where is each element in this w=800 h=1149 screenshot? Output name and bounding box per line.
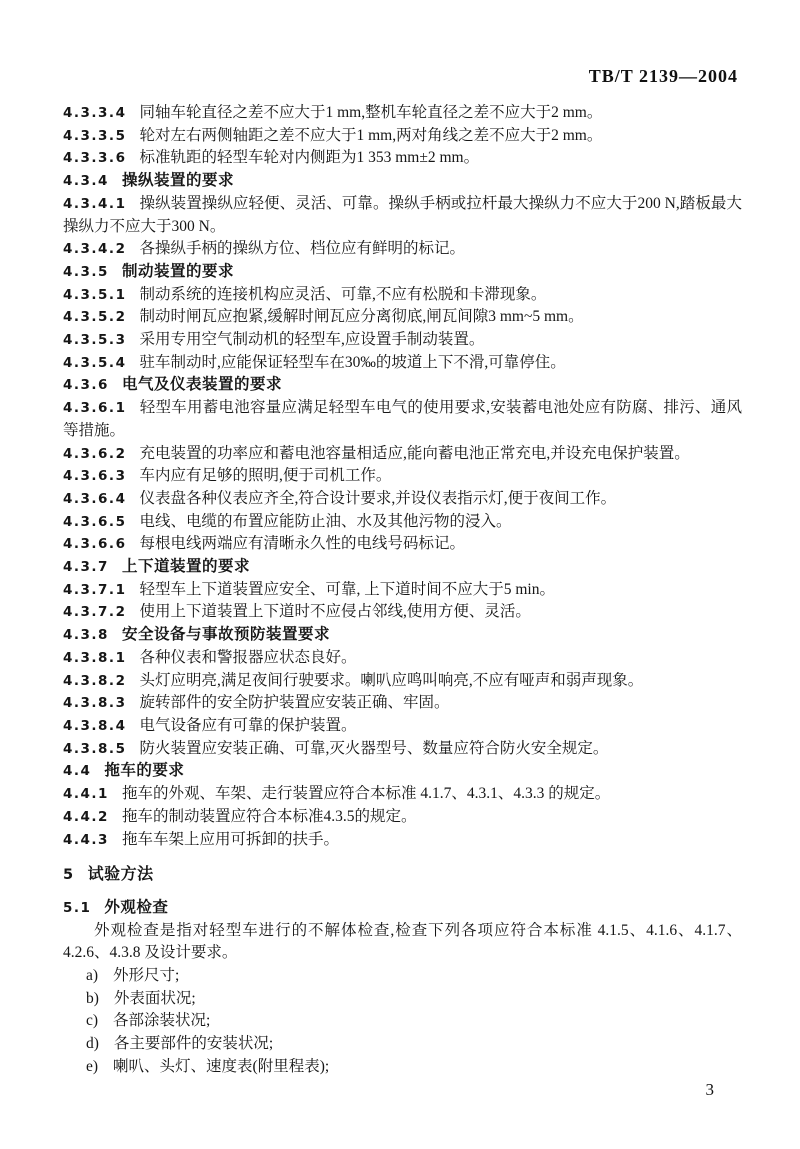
clause-number: 4.3.4 [63, 173, 109, 189]
clause-text: 各主要部件的安装状况; [114, 1035, 273, 1052]
list-marker: d) [86, 1035, 99, 1052]
clause-number: 4.3.4.2 [63, 241, 126, 257]
clause-number: 4.3.6.4 [63, 491, 126, 507]
clause-text: 操纵装置的要求 [122, 172, 234, 189]
clause-text: 外形尺寸; [113, 967, 179, 984]
clause-number: 4.3.5 [63, 264, 109, 280]
clause-paragraph: 4.3.5.1制动系统的连接机构应灵活、可靠,不应有松脱和卡滞现象。 [63, 284, 742, 307]
clause-text: 制动系统的连接机构应灵活、可靠,不应有松脱和卡滞现象。 [139, 286, 546, 303]
section-heading: 4.3.8安全设备与事故预防装置要求 [63, 624, 742, 647]
section-heading: 4.4拖车的要求 [63, 760, 742, 783]
clause-number: 4.3.3.4 [63, 105, 126, 121]
clause-text: 电气设备应有可靠的保护装置。 [139, 717, 356, 734]
clause-paragraph: 4.3.8.4电气设备应有可靠的保护装置。 [63, 715, 742, 738]
list-item: d)各主要部件的安装状况; [63, 1033, 742, 1056]
clause-number: 4.3.4.1 [63, 196, 126, 212]
clause-paragraph: 4.3.5.3采用专用空气制动机的轻型车,应设置手制动装置。 [63, 329, 742, 352]
clause-number: 4.3.7.1 [63, 582, 126, 598]
clause-text: 轻型车上下道装置应安全、可靠, 上下道时间不应大于5 min。 [139, 581, 555, 598]
clause-number: 4.3.8.3 [63, 695, 126, 711]
clause-number: 4.3.6.1 [63, 400, 126, 416]
clause-paragraph: 4.3.8.3旋转部件的安全防护装置应安装正确、牢固。 [63, 692, 742, 715]
clause-number: 4.3.8.1 [63, 650, 126, 666]
standard-number-header: TB/T 2139—2004 [589, 66, 738, 87]
clause-text: 外观检查是指对轻型车进行的不解体检查,检查下列各项应符合本标准 4.1.5、4.… [63, 922, 742, 962]
clause-text: 轻型车用蓄电池容量应满足轻型车电气的使用要求,安装蓄电池处应有防腐、排污、通风等… [63, 399, 742, 439]
clause-text: 试验方法 [88, 866, 154, 883]
clause-number: 4.3.3.6 [63, 150, 126, 166]
clause-text: 头灯应明亮,满足夜间行驶要求。喇叭应鸣叫响亮,不应有哑声和弱声现象。 [139, 672, 643, 689]
clause-paragraph: 4.3.3.5轮对左右两侧轴距之差不应大于1 mm,两对角线之差不应大于2 mm… [63, 125, 742, 148]
clause-number: 4.3.8 [63, 627, 109, 643]
section-heading: 4.3.6电气及仪表装置的要求 [63, 374, 742, 397]
clause-number: 4.3.6.6 [63, 536, 126, 552]
clause-text: 各种仪表和警报器应状态良好。 [139, 649, 356, 666]
list-marker: c) [86, 1012, 98, 1029]
clause-text: 外表面状况; [114, 990, 196, 1007]
clause-paragraph: 4.3.6.1轻型车用蓄电池容量应满足轻型车电气的使用要求,安装蓄电池处应有防腐… [63, 397, 742, 442]
clause-text: 拖车的制动装置应符合本标准4.3.5的规定。 [122, 808, 417, 825]
section-heading: 5.1外观检查 [63, 897, 742, 920]
clause-paragraph: 4.3.6.2充电装置的功率应和蓄电池容量相适应,能向蓄电池正常充电,并设充电保… [63, 443, 742, 466]
clause-text: 外观检查 [104, 899, 168, 916]
clause-paragraph: 4.3.6.6每根电线两端应有清晰永久性的电线号码标记。 [63, 533, 742, 556]
clause-text: 标准轨距的轻型车轮对内侧距为1 353 mm±2 mm。 [139, 149, 479, 166]
page-number: 3 [706, 1080, 715, 1100]
section-heading: 5试验方法 [63, 864, 742, 887]
clause-number: 4.3.6.5 [63, 514, 126, 530]
clause-text: 各操纵手柄的操纵方位、档位应有鲜明的标记。 [139, 240, 465, 257]
clause-number: 4.3.8.4 [63, 718, 126, 734]
clause-paragraph: 4.3.4.1操纵装置操纵应轻便、灵活、可靠。操纵手柄或拉杆最大操纵力不应大于2… [63, 193, 742, 238]
clause-paragraph: 4.3.8.1各种仪表和警报器应状态良好。 [63, 647, 742, 670]
clause-text: 旋转部件的安全防护装置应安装正确、牢固。 [139, 694, 449, 711]
clause-paragraph: 4.4.3拖车车架上应用可拆卸的扶手。 [63, 829, 742, 852]
clause-number: 4.3.6.2 [63, 446, 126, 462]
list-item: b)外表面状况; [63, 988, 742, 1011]
body-paragraph: 外观检查是指对轻型车进行的不解体检查,检查下列各项应符合本标准 4.1.5、4.… [63, 920, 742, 965]
list-item: a)外形尺寸; [63, 965, 742, 988]
clause-text: 电气及仪表装置的要求 [122, 376, 282, 393]
clause-text: 制动时闸瓦应抱紧,缓解时闸瓦应分离彻底,闸瓦间隙3 mm~5 mm。 [139, 308, 583, 325]
document-page: TB/T 2139—2004 4.3.3.4同轴车轮直径之差不应大于1 mm,整… [0, 0, 800, 1149]
clause-number: 4.3.8.5 [63, 741, 126, 757]
list-marker: a) [86, 967, 98, 984]
clause-number: 4.3.5.4 [63, 355, 126, 371]
list-item: c)各部涂装状况; [63, 1010, 742, 1033]
section-heading: 4.3.7上下道装置的要求 [63, 556, 742, 579]
clause-paragraph: 4.3.8.2头灯应明亮,满足夜间行驶要求。喇叭应鸣叫响亮,不应有哑声和弱声现象… [63, 670, 742, 693]
section-heading: 4.3.4操纵装置的要求 [63, 170, 742, 193]
clause-text: 每根电线两端应有清晰永久性的电线号码标记。 [139, 535, 465, 552]
clause-text: 电线、电缆的布置应能防止油、水及其他污物的浸入。 [139, 513, 511, 530]
clause-number: 4.4.3 [63, 832, 109, 848]
clause-number: 5.1 [63, 900, 91, 916]
clause-number: 4.3.8.2 [63, 673, 126, 689]
clause-number: 4.3.7.2 [63, 604, 126, 620]
clause-number: 4.4.1 [63, 786, 109, 802]
clause-text: 安全设备与事故预防装置要求 [122, 626, 330, 643]
clause-number: 4.3.5.1 [63, 287, 126, 303]
clause-text: 上下道装置的要求 [122, 558, 250, 575]
clause-number: 4.3.5.3 [63, 332, 126, 348]
list-marker: e) [86, 1058, 98, 1075]
clause-text: 制动装置的要求 [122, 263, 234, 280]
clause-paragraph: 4.3.5.4驻车制动时,应能保证轻型车在30‰的坡道上下不滑,可靠停住。 [63, 352, 742, 375]
list-marker: b) [86, 990, 99, 1007]
clause-text: 各部涂装状况; [113, 1012, 210, 1029]
clause-text: 仪表盘各种仪表应齐全,符合设计要求,并设仪表指示灯,便于夜间工作。 [139, 490, 616, 507]
clause-text: 拖车的要求 [104, 762, 184, 779]
section-heading: 4.3.5制动装置的要求 [63, 261, 742, 284]
document-body: 4.3.3.4同轴车轮直径之差不应大于1 mm,整机车轮直径之差不应大于2 mm… [63, 102, 742, 1079]
clause-text: 充电装置的功率应和蓄电池容量相适应,能向蓄电池正常充电,并设充电保护装置。 [139, 445, 689, 462]
clause-number: 4.4 [63, 763, 91, 779]
clause-text: 拖车车架上应用可拆卸的扶手。 [122, 831, 339, 848]
clause-number: 4.3.6 [63, 377, 109, 393]
clause-paragraph: 4.4.1拖车的外观、车架、走行装置应符合本标准 4.1.7、4.3.1、4.3… [63, 783, 742, 806]
clause-paragraph: 4.3.3.6标准轨距的轻型车轮对内侧距为1 353 mm±2 mm。 [63, 147, 742, 170]
clause-paragraph: 4.3.8.5防火装置应安装正确、可靠,灭火器型号、数量应符合防火安全规定。 [63, 738, 742, 761]
clause-number: 4.3.6.3 [63, 468, 126, 484]
clause-paragraph: 4.3.5.2制动时闸瓦应抱紧,缓解时闸瓦应分离彻底,闸瓦间隙3 mm~5 mm… [63, 306, 742, 329]
clause-paragraph: 4.3.3.4同轴车轮直径之差不应大于1 mm,整机车轮直径之差不应大于2 mm… [63, 102, 742, 125]
clause-paragraph: 4.3.6.3车内应有足够的照明,便于司机工作。 [63, 465, 742, 488]
clause-text: 拖车的外观、车架、走行装置应符合本标准 4.1.7、4.3.1、4.3.3 的规… [122, 785, 610, 802]
clause-text: 同轴车轮直径之差不应大于1 mm,整机车轮直径之差不应大于2 mm。 [139, 104, 602, 121]
clause-paragraph: 4.3.6.4仪表盘各种仪表应齐全,符合设计要求,并设仪表指示灯,便于夜间工作。 [63, 488, 742, 511]
clause-number: 4.4.2 [63, 809, 109, 825]
clause-text: 驻车制动时,应能保证轻型车在30‰的坡道上下不滑,可靠停住。 [139, 354, 565, 371]
clause-text: 操纵装置操纵应轻便、灵活、可靠。操纵手柄或拉杆最大操纵力不应大于200 N,踏板… [63, 195, 742, 235]
clause-text: 使用上下道装置上下道时不应侵占邻线,使用方便、灵活。 [139, 603, 530, 620]
clause-number: 4.3.5.2 [63, 309, 126, 325]
clause-text: 采用专用空气制动机的轻型车,应设置手制动装置。 [139, 331, 484, 348]
clause-text: 喇叭、头灯、速度表(附里程表); [113, 1058, 329, 1075]
clause-number: 4.3.3.5 [63, 128, 126, 144]
clause-text: 防火装置应安装正确、可靠,灭火器型号、数量应符合防火安全规定。 [139, 740, 608, 757]
clause-paragraph: 4.3.4.2各操纵手柄的操纵方位、档位应有鲜明的标记。 [63, 238, 742, 261]
clause-number: 4.3.7 [63, 559, 109, 575]
clause-paragraph: 4.3.7.1轻型车上下道装置应安全、可靠, 上下道时间不应大于5 min。 [63, 579, 742, 602]
clause-number: 5 [63, 867, 75, 883]
clause-text: 车内应有足够的照明,便于司机工作。 [139, 467, 391, 484]
clause-text: 轮对左右两侧轴距之差不应大于1 mm,两对角线之差不应大于2 mm。 [139, 127, 602, 144]
clause-paragraph: 4.3.7.2使用上下道装置上下道时不应侵占邻线,使用方便、灵活。 [63, 601, 742, 624]
clause-paragraph: 4.3.6.5电线、电缆的布置应能防止油、水及其他污物的浸入。 [63, 511, 742, 534]
list-item: e)喇叭、头灯、速度表(附里程表); [63, 1056, 742, 1079]
clause-paragraph: 4.4.2拖车的制动装置应符合本标准4.3.5的规定。 [63, 806, 742, 829]
